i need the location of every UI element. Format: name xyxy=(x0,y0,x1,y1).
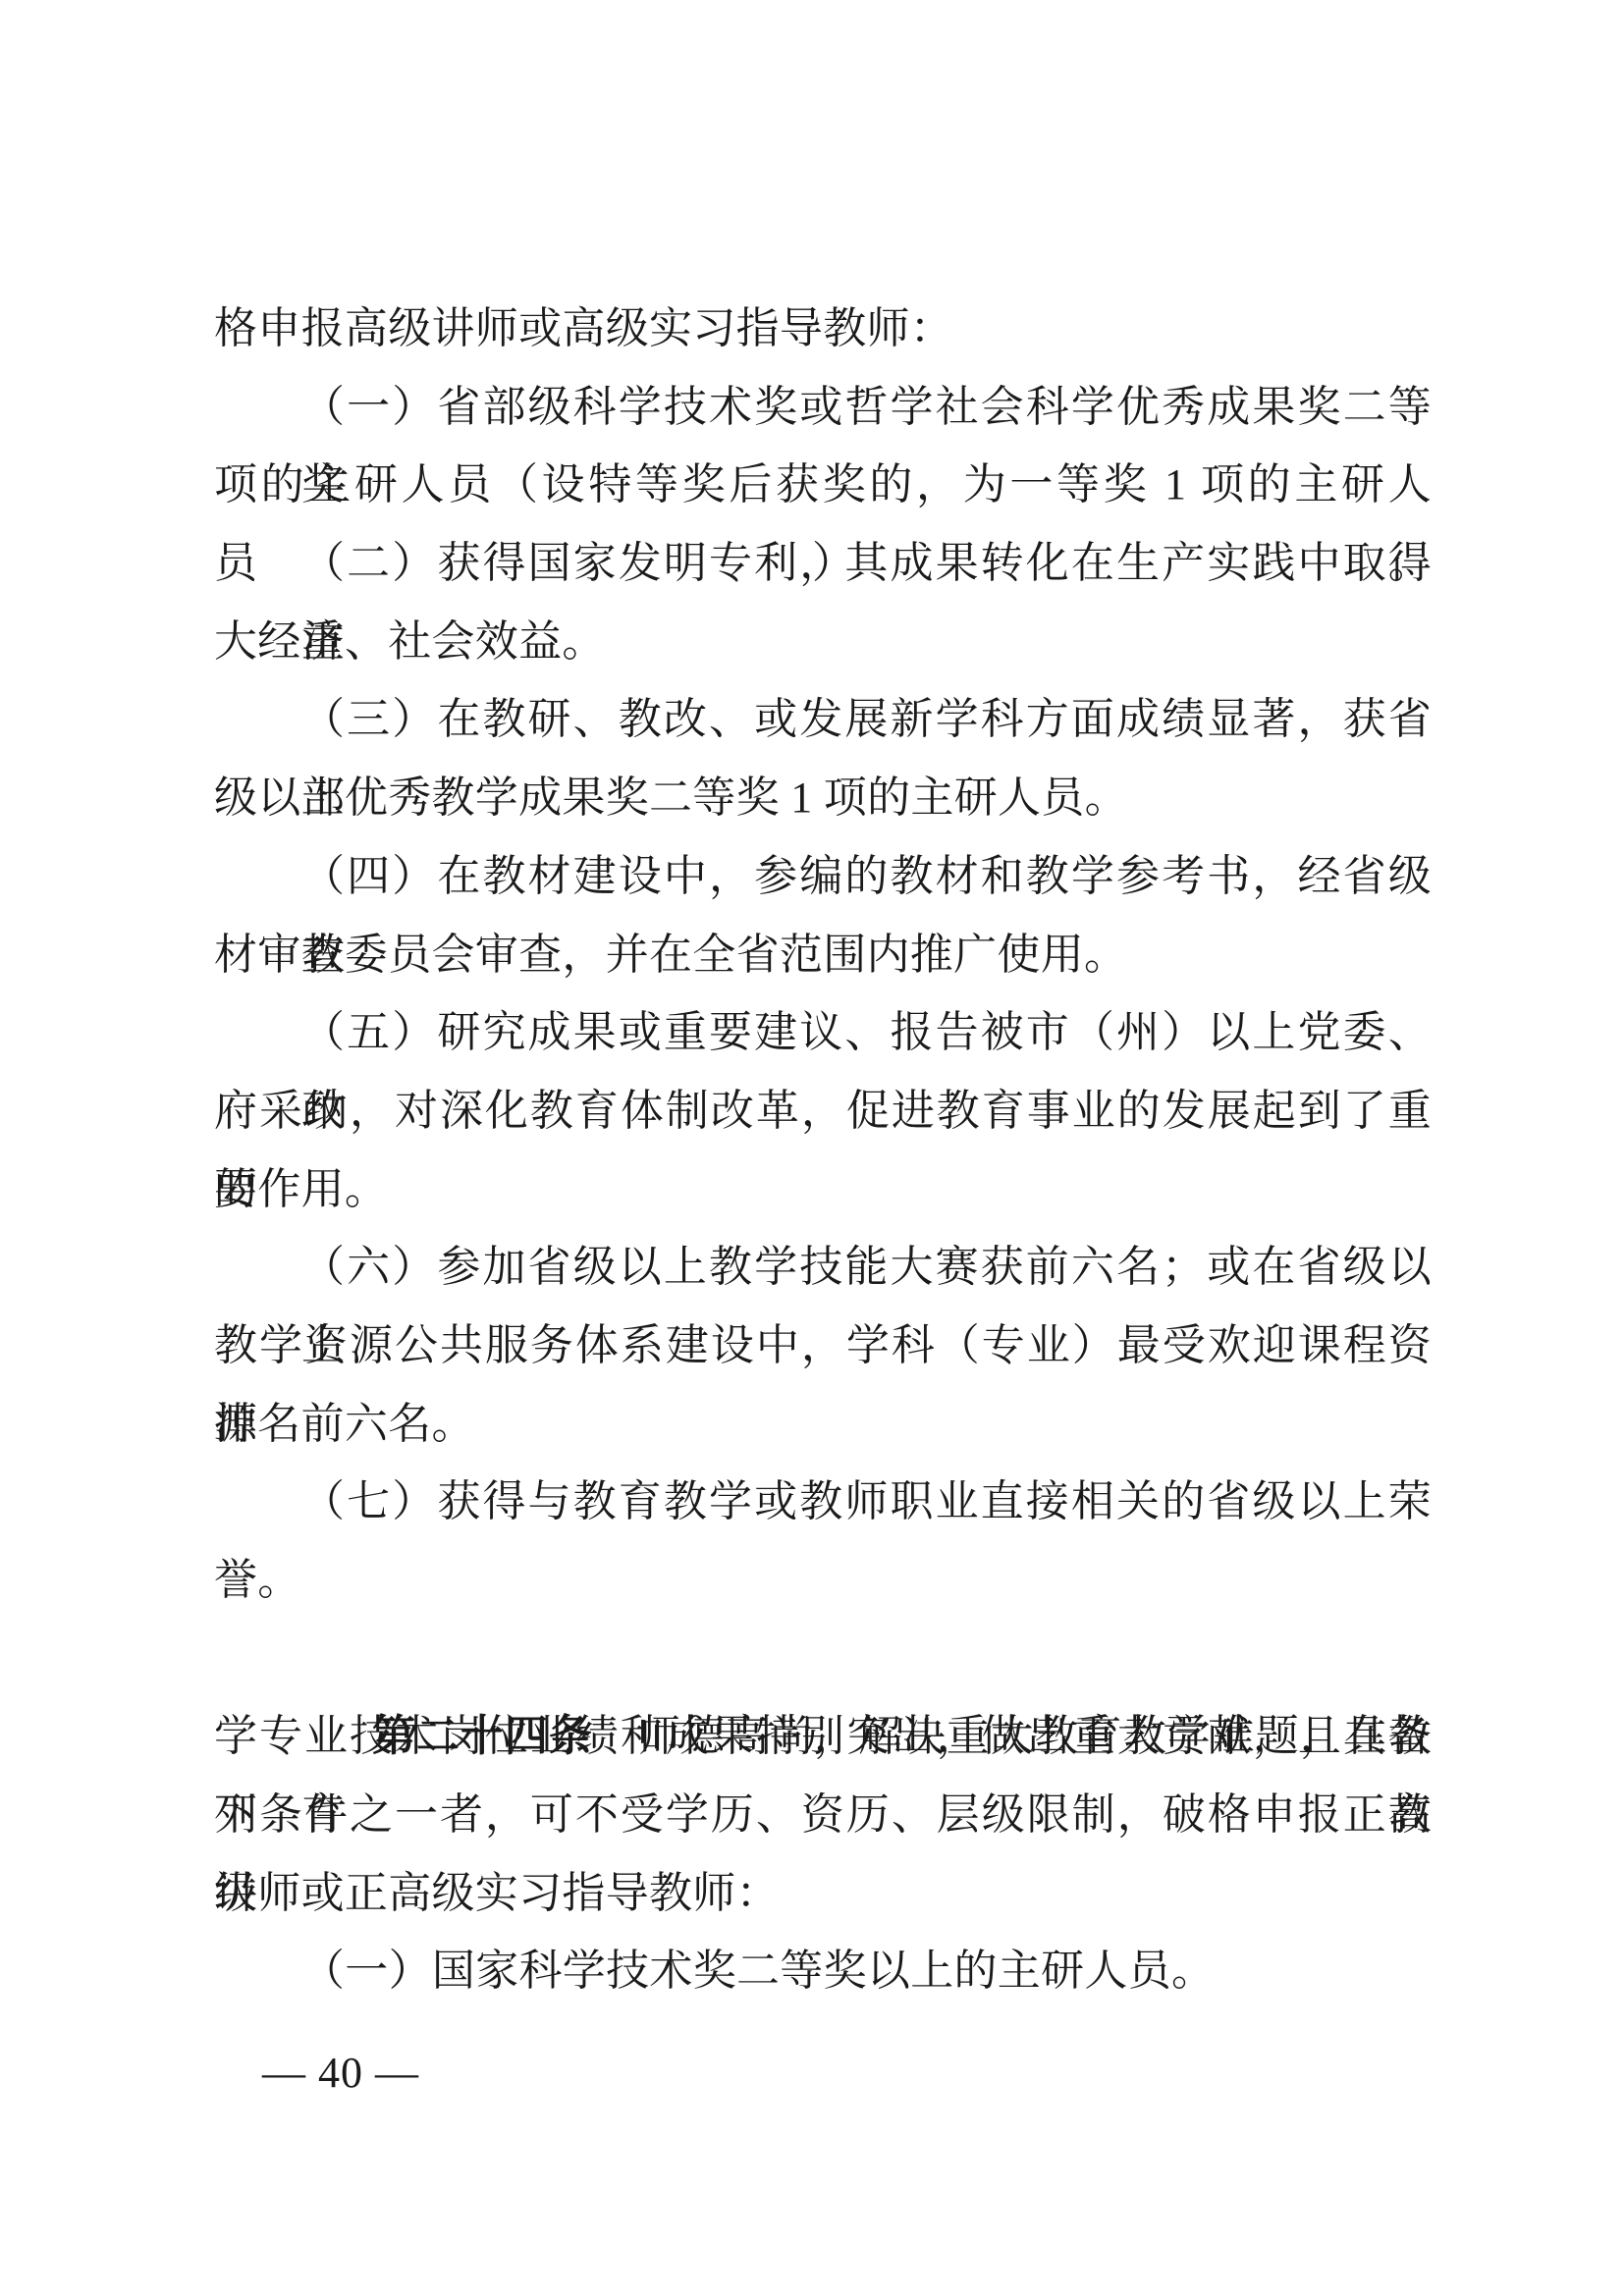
body-line: （二）获得国家发明专利，其成果转化在生产实践中取得重 xyxy=(214,524,1432,603)
body-line: 列条件之一者，可不受学历、资历、层级限制，破格申报正高级 xyxy=(214,1776,1432,1854)
body-line: （五）研究成果或重要建议、报告被市（州）以上党委、政 xyxy=(214,993,1432,1072)
body-line: 材审查委员会审查，并在全省范围内推广使用。 xyxy=(214,916,1432,994)
page-number: — 40 — xyxy=(262,2052,419,2095)
body-line: 排名前六名。 xyxy=(214,1385,1432,1464)
body-line: 项的主研人员（设特等奖后获奖的，为一等奖 1 项的主研人员）。 xyxy=(214,446,1432,524)
body-line: 级以上优秀教学成果奖二等奖 1 项的主研人员。 xyxy=(214,759,1432,837)
body-line: （一）国家科学技术奖二等奖以上的主研人员。 xyxy=(214,1932,1432,2010)
body-line: （一）省部级科学技术奖或哲学社会科学优秀成果奖二等奖 xyxy=(214,368,1432,447)
body-line: （四）在教材建设中，参编的教材和教学参考书，经省级教 xyxy=(214,837,1432,916)
body-line: （三）在教研、教改、或发展新学科方面成绩显著，获省部 xyxy=(214,680,1432,759)
body-line: 讲师或正高级实习指导教师： xyxy=(214,1854,1432,1933)
body-line: 教学资源公共服务体系建设中，学科（专业）最受欢迎课程资源 xyxy=(214,1307,1432,1385)
body-line: 府采纳，对深化教育体制改革，促进教育事业的发展起到了重要 xyxy=(214,1072,1432,1150)
body-line: 大经济、社会效益。 xyxy=(214,603,1432,681)
body-line: 格申报高级讲师或高级实习指导教师： xyxy=(214,290,1432,368)
body-line: 学专业技术岗位业绩和成果特别突出，做出重大贡献，且具备下 xyxy=(214,1697,1432,1776)
document-body: 格申报高级讲师或高级实习指导教师： （一）省部级科学技术奖或哲学社会科学优秀成果… xyxy=(214,290,1432,2010)
body-line: 誉。 xyxy=(214,1541,1432,1620)
body-line: 第二十四条 师德高尚，解决重大教育教学难题，在教育教 xyxy=(214,1620,1432,1698)
body-line: 的作用。 xyxy=(214,1150,1432,1229)
body-line: （六）参加省级以上教学技能大赛获前六名；或在省级以上 xyxy=(214,1228,1432,1307)
document-page: 格申报高级讲师或高级实习指导教师： （一）省部级科学技术奖或哲学社会科学优秀成果… xyxy=(0,0,1624,2296)
body-line: （七）获得与教育教学或教师职业直接相关的省级以上荣 xyxy=(214,1463,1432,1541)
